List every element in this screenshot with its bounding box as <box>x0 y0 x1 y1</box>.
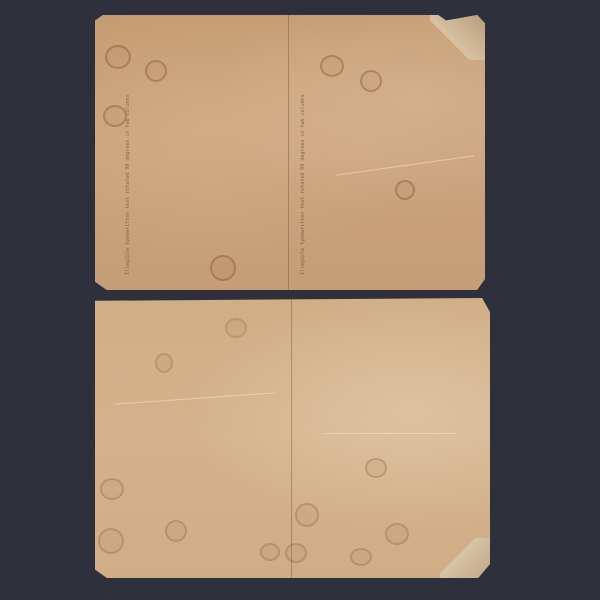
center-fold <box>288 15 289 290</box>
coffee-stain <box>350 548 372 566</box>
typewritten-text-right: Illegible typewritten text rotated 90 de… <box>300 35 410 275</box>
coffee-stain <box>165 520 187 542</box>
bottom-paper-sheet <box>95 298 490 578</box>
coffee-stain <box>105 45 131 69</box>
coffee-stain <box>365 458 387 478</box>
coffee-stain <box>145 60 167 82</box>
coffee-stain <box>260 543 280 561</box>
coffee-stain <box>100 478 124 500</box>
folded-corner <box>430 15 485 60</box>
coffee-stain <box>155 353 173 373</box>
coffee-stain <box>98 528 124 554</box>
coffee-stain <box>320 55 344 77</box>
coffee-stain <box>295 503 319 527</box>
paper-crease <box>325 433 455 434</box>
coffee-stain <box>210 255 236 281</box>
coffee-stain <box>360 70 382 92</box>
center-fold <box>291 298 292 578</box>
coffee-stain <box>385 523 409 545</box>
top-paper-sheet: Illegible typewritten text rotated 90 de… <box>95 15 485 290</box>
paper-crease <box>115 392 275 404</box>
coffee-stain <box>285 543 307 563</box>
coffee-stain <box>225 318 247 338</box>
folded-corner <box>440 538 490 578</box>
coffee-stain <box>103 105 127 127</box>
coffee-stain <box>395 180 415 200</box>
